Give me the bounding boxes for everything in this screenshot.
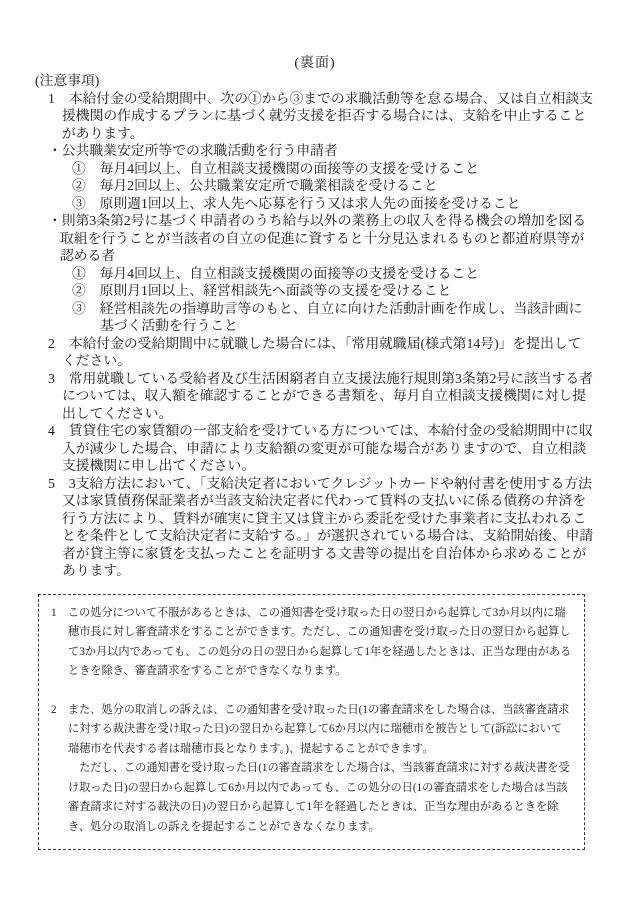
appeal-paragraph-2: 2 また、処分の取消しの訴えは、この通知書を受け取った日(1の審査請求をした場合… (51, 701, 572, 760)
appeal-paragraph-1: 1 この処分について不服があるときは、この通知書を受け取った日の翌日から起算して… (51, 604, 572, 682)
page-side-label: (裏面) (35, 55, 595, 72)
notes-heading: (注意事項) (35, 72, 595, 90)
document-page: (裏面) (注意事項) 1 本給付金の受給期間中、次の①から③までの求職活動等を… (0, 0, 630, 903)
note-sub-1-2: ② 毎月2回以上、公共職業安定所で職業相談を受けること (35, 177, 595, 195)
note-sub-2-1: ① 毎月4回以上、自立相談支援機関の面接等の支援を受けること (35, 265, 595, 283)
note-bullet-jobsearch: ・公共職業安定所等での求職活動を行う申請者 (35, 142, 595, 160)
note-sub-1-1: ① 毎月4回以上、自立相談支援機関の面接等の支援を受けること (35, 160, 595, 178)
note-item-3: 3 常用就職している受給者及び生活困窮者自立支援法施行規則第3条第2号に該当する… (35, 370, 595, 423)
note-item-4: 4 賃貸住宅の家賃額の一部支給を受けている方については、本給付金の受給期間中に収… (35, 422, 595, 475)
appeal-paragraph-2-cont: ただし、この通知書を受け取った日(1の審査請求をした場合は、当該審査請求に対する… (51, 759, 572, 837)
note-sub-1-3: ③ 原則週1回以上、求人先へ応募を行う又は求人先の面接を受けること (35, 195, 595, 213)
appeal-notice-box: 1 この処分について不服があるときは、この通知書を受け取った日の翌日から起算して… (38, 594, 585, 851)
note-sub-2-2: ② 原則月1回以上、経営相談先へ面談等の支援を受けること (35, 282, 595, 300)
note-item-5: 5 3支給方法において、「支給決定者においてクレジットカードや納付書を使用する方… (35, 475, 595, 580)
note-item-1: 1 本給付金の受給期間中、次の①から③までの求職活動等を怠る場合、又は自立相談支… (35, 90, 595, 143)
note-bullet-article3: ・則第3条第2号に基づく申請者のうち給与以外の業務上の収入を得る機会の増加を図る… (35, 212, 595, 265)
note-sub-2-3: ③ 経営相談先の指導助言等のもと、自立に向けた活動計画を作成し、当該計画に基づく… (35, 300, 595, 335)
note-item-2: 2 本給付金の受給期間中に就職した場合には、「常用就職届(様式第14号)」を提出… (35, 335, 595, 370)
notes-section: (注意事項) 1 本給付金の受給期間中、次の①から③までの求職活動等を怠る場合、… (35, 72, 595, 580)
